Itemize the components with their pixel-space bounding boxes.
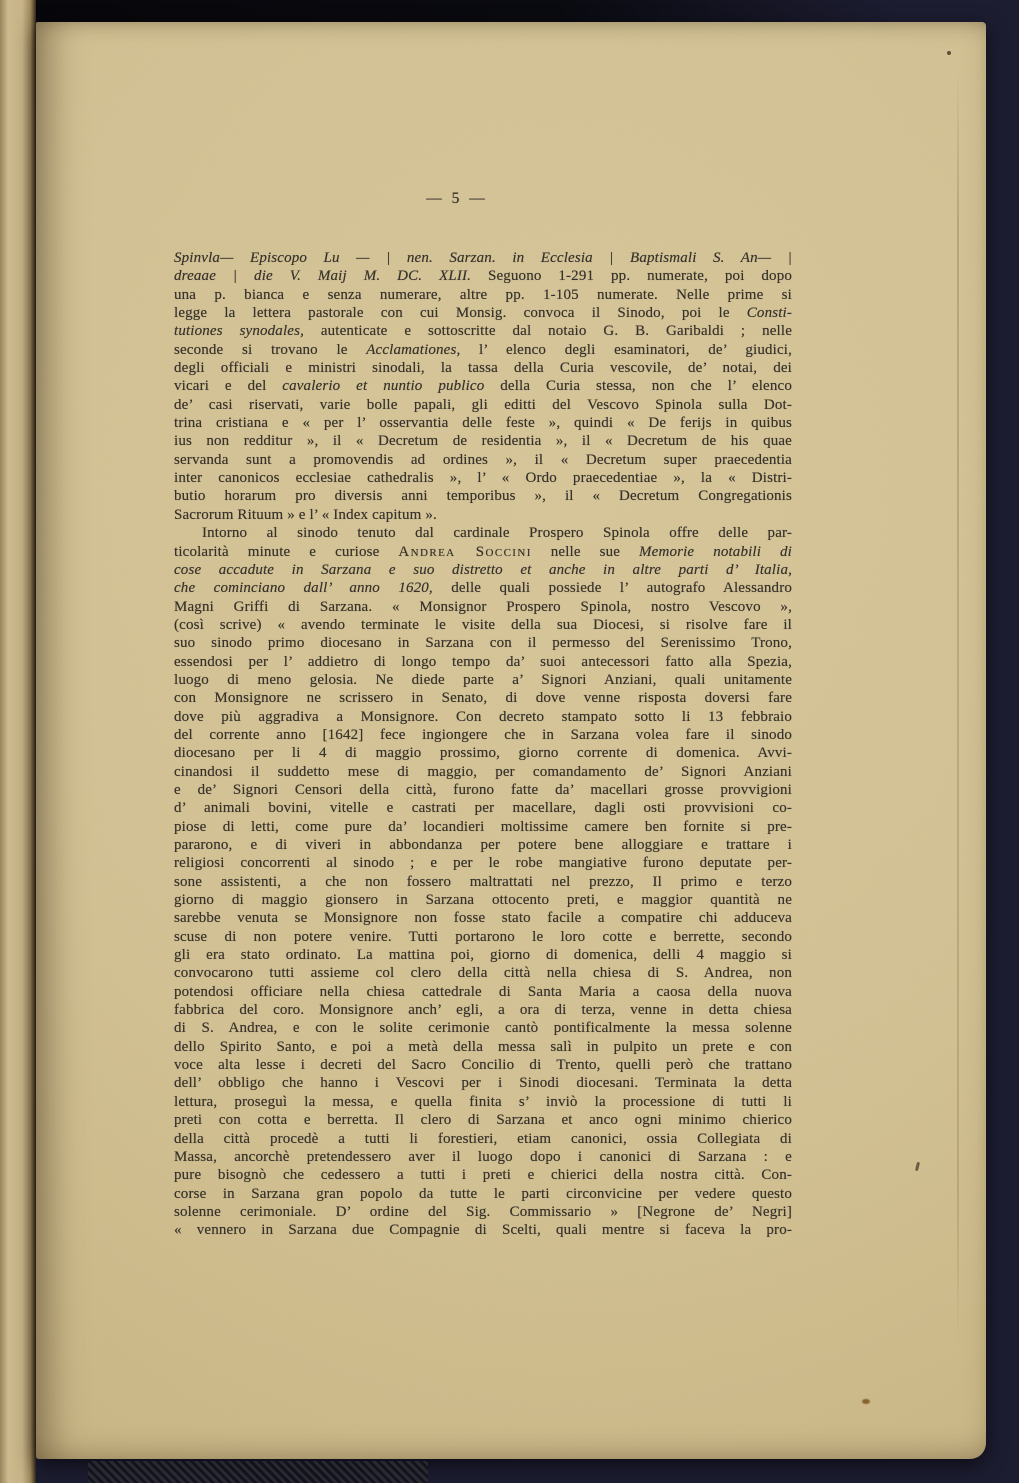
body-text: scuse di non potere venire. Tutti portar… [174, 929, 792, 945]
italic-text: Consti- [747, 305, 792, 321]
text-line: tutiones synodales, autenticate e sottos… [174, 322, 792, 340]
text-line: sarebbe venuta se Monsignore non fosse s… [174, 909, 792, 927]
body-text: Seguono 1-291 pp. numerate, poi dopo [471, 268, 792, 284]
page-number: — 5 — [148, 190, 766, 208]
body-text: giorno di maggio gionsero in Sarzana ott… [174, 892, 792, 908]
text-line: legge la lettera pastorale con cui Monsi… [174, 304, 792, 322]
text-block: Spinvla— Episcopo Lu — | nen. Sarzan. in… [174, 249, 792, 1240]
scan-backdrop: — 5 — Spinvla— Episcopo Lu — | nen. Sarz… [0, 0, 1019, 1483]
body-text: solenne cerimoniale. D’ ordine del Sig. … [174, 1204, 792, 1220]
body-text: delle quali possiede l’ autografo Alessa… [433, 580, 792, 596]
paragraph: Spinvla— Episcopo Lu — | nen. Sarzan. in… [174, 249, 792, 524]
text-line: giorno di maggio gionsero in Sarzana ott… [174, 891, 792, 909]
text-line: fabbrica del coro. Monsignore anch’ egli… [174, 1001, 792, 1019]
text-line: piose di letti, come pure da’ locandieri… [174, 818, 792, 836]
previous-page-edge [0, 0, 36, 1483]
body-text: potendosi officiare nella chiesa cattedr… [174, 984, 792, 1000]
book-page: — 5 — Spinvla— Episcopo Lu — | nen. Sarz… [36, 22, 986, 1459]
body-text: pararono, e di viveri in abbondanza per … [174, 837, 792, 853]
body-text: della città procedè a tutti li forestier… [174, 1131, 792, 1147]
text-line: e de’ Signori Censori della città, furon… [174, 781, 792, 799]
body-text: trina cristiana e « per l’ osservantia d… [174, 415, 792, 431]
text-line: una p. bianca e senza numerare, altre pp… [174, 286, 792, 304]
text-line: degli officiali e ministri sinodali, la … [174, 359, 792, 377]
text-line: butio horarum pro diversis anni temporib… [174, 487, 792, 505]
text-line: solenne cerimoniale. D’ ordine del Sig. … [174, 1203, 792, 1221]
body-text: suo sinodo primo diocesano in Sarzana co… [174, 635, 792, 651]
body-text: essendosi per l’ addietro di longo tempo… [174, 654, 792, 670]
italic-text: Spinvla— Episcopo Lu — | nen. Sarzan. in… [174, 250, 792, 266]
text-line: ticolarità minute e curiose Andrea Socci… [174, 543, 792, 561]
italic-text: che cominciano dall’ anno 1620, [174, 580, 433, 596]
text-line: pure bisognò che cedessero a tutti i pre… [174, 1166, 792, 1184]
text-line: inter canonicos ecclesiae cathedralis »,… [174, 469, 792, 487]
body-text: lettura, proseguì la messa, e quella fin… [174, 1094, 792, 1110]
body-text: preti con cotta e berretta. Il clero di … [174, 1112, 792, 1128]
body-text: di S. Andrea, e con le solite cerimonie … [174, 1020, 792, 1036]
fore-edge-crease [957, 68, 959, 1348]
body-text: con Monsignore ne scrissero in Senato, d… [174, 690, 792, 706]
text-line: seconde si trovano le Acclamationes, l’ … [174, 341, 792, 359]
text-line: della città procedè a tutti li forestier… [174, 1130, 792, 1148]
text-line: sone assistenti, a che non fossero maltr… [174, 873, 792, 891]
text-line: Intorno al sinodo tenuto dal cardinale P… [174, 524, 792, 542]
body-text: servanda sunt a promovendis ad ordines »… [174, 452, 792, 468]
book-cover-cloth [88, 1461, 428, 1483]
text-line: dello Spirito Santo, e poi a metà della … [174, 1038, 792, 1056]
body-text: legge la lettera pastorale con cui Monsi… [174, 305, 747, 321]
body-text: cinandosi il suddetto mese di maggio, pe… [174, 764, 792, 780]
body-text: dello Spirito Santo, e poi a metà della … [174, 1039, 792, 1055]
paragraph: Intorno al sinodo tenuto dal cardinale P… [174, 524, 792, 1239]
text-line: corse in Sarzana gran popolo da tutte le… [174, 1185, 792, 1203]
italic-text: cose accadute in Sarzana e suo distretto… [174, 562, 792, 578]
body-text: (così scrive) « avendo terminate le visi… [174, 617, 792, 633]
body-text: « vennero in Sarzana due Compagnie di Sc… [174, 1222, 792, 1238]
text-line: che cominciano dall’ anno 1620, delle qu… [174, 579, 792, 597]
body-text: inter canonicos ecclesiae cathedralis »,… [174, 470, 792, 486]
body-text: pure bisognò che cedessero a tutti i pre… [174, 1167, 792, 1183]
body-text: butio horarum pro diversis anni temporib… [174, 488, 792, 504]
body-text: diocesano per li 4 di maggio prossimo, g… [174, 745, 792, 761]
body-text: autenticate e sottoscritte dal notaio G.… [304, 323, 792, 339]
small-caps-text: Andrea Soccini [398, 544, 531, 560]
body-text: e de’ Signori Censori della città, furon… [174, 782, 792, 798]
body-text: ius non redditur », il « Decretum de res… [174, 433, 792, 449]
text-line: dell’ obbligo che hanno i Vescovi per i … [174, 1074, 792, 1092]
text-line: cinandosi il suddetto mese di maggio, pe… [174, 763, 792, 781]
body-text: degli officiali e ministri sinodali, la … [174, 360, 792, 376]
body-text: dove più aggradiva a Monsignore. Con dec… [174, 709, 792, 725]
text-line: potendosi officiare nella chiesa cattedr… [174, 983, 792, 1001]
text-line: Massa, ancorchè pretendessero aver il lu… [174, 1148, 792, 1166]
text-line: Magni Griffi di Sarzana. « Monsignor Pro… [174, 598, 792, 616]
body-text: della Curia stessa, non che l’ elenco [484, 378, 792, 394]
text-line: servanda sunt a promovendis ad ordines »… [174, 451, 792, 469]
text-line: cose accadute in Sarzana e suo distretto… [174, 561, 792, 579]
italic-text: cavalerio et nuntio publico [282, 378, 484, 394]
text-line: suo sinodo primo diocesano in Sarzana co… [174, 634, 792, 652]
text-line: voce alta lesse i decreti del Sacro Conc… [174, 1056, 792, 1074]
body-text: voce alta lesse i decreti del Sacro Conc… [174, 1057, 792, 1073]
text-line: vicari e del cavalerio et nuntio publico… [174, 377, 792, 395]
body-text: fabbrica del coro. Monsignore anch’ egli… [174, 1002, 792, 1018]
text-line: ius non redditur », il « Decretum de res… [174, 432, 792, 450]
text-line: pararono, e di viveri in abbondanza per … [174, 836, 792, 854]
text-line: diocesano per li 4 di maggio prossimo, g… [174, 744, 792, 762]
body-text: piose di letti, come pure da’ locandieri… [174, 819, 792, 835]
body-text: de’ casi riservati, varie bolle papali, … [174, 397, 792, 413]
body-text: convocarono tutti assieme col clero dell… [174, 965, 792, 981]
text-line: « vennero in Sarzana due Compagnie di Sc… [174, 1221, 792, 1239]
text-line: di S. Andrea, e con le solite cerimonie … [174, 1019, 792, 1037]
body-text: nelle sue [532, 544, 639, 560]
text-line: Sacrorum Rituum » e l’ « Index capitum »… [174, 506, 792, 524]
text-line: religiosi concorrenti al sinodo ; e per … [174, 854, 792, 872]
body-text: vicari e del [174, 378, 282, 394]
body-text: sone assistenti, a che non fossero maltr… [174, 874, 792, 890]
text-line: scuse di non potere venire. Tutti portar… [174, 928, 792, 946]
italic-text: Memorie notabili di [639, 544, 792, 560]
text-line: trina cristiana e « per l’ osservantia d… [174, 414, 792, 432]
body-text: seconde si trovano le [174, 342, 366, 358]
text-line: luogo di meno gelosia. Ne diede parte a’… [174, 671, 792, 689]
body-text: del corrente anno [1642] fece ingiongere… [174, 727, 792, 743]
text-line: convocarono tutti assieme col clero dell… [174, 964, 792, 982]
body-text: dell’ obbligo che hanno i Vescovi per i … [174, 1075, 792, 1091]
body-text: ticolarità minute e curiose [174, 544, 398, 560]
italic-text: Acclamationes, [366, 342, 460, 358]
body-text: sarebbe venuta se Monsignore non fosse s… [174, 910, 792, 926]
italic-text: dreaae | die V. Maij M. DC. XLII. [174, 268, 471, 284]
body-text: Sacrorum Rituum » e l’ « Index capitum »… [174, 507, 437, 523]
text-line: con Monsignore ne scrissero in Senato, d… [174, 689, 792, 707]
body-text: una p. bianca e senza numerare, altre pp… [174, 287, 792, 303]
text-line: (così scrive) « avendo terminate le visi… [174, 616, 792, 634]
text-line: preti con cotta e berretta. Il clero di … [174, 1111, 792, 1129]
italic-text: tutiones synodales, [174, 323, 304, 339]
text-line: Spinvla— Episcopo Lu — | nen. Sarzan. in… [174, 249, 792, 267]
text-line: essendosi per l’ addietro di longo tempo… [174, 653, 792, 671]
body-text: Massa, ancorchè pretendessero aver il lu… [174, 1149, 792, 1165]
body-text: gli era stato ordinato. La mattina poi, … [174, 947, 792, 963]
text-line: gli era stato ordinato. La mattina poi, … [174, 946, 792, 964]
body-text: d’ animali bovini, vitelle e castrati pe… [174, 800, 792, 816]
text-line: de’ casi riservati, varie bolle papali, … [174, 396, 792, 414]
body-text: luogo di meno gelosia. Ne diede parte a’… [174, 672, 792, 688]
text-line: dreaae | die V. Maij M. DC. XLII. Seguon… [174, 267, 792, 285]
text-line: d’ animali bovini, vitelle e castrati pe… [174, 799, 792, 817]
body-text: l’ elenco degli esaminatori, de’ giudici… [460, 342, 792, 358]
body-text: religiosi concorrenti al sinodo ; e per … [174, 855, 792, 871]
body-text: Magni Griffi di Sarzana. « Monsignor Pro… [174, 599, 792, 615]
text-line: lettura, proseguì la messa, e quella fin… [174, 1093, 792, 1111]
body-text: Intorno al sinodo tenuto dal cardinale P… [202, 525, 792, 541]
body-text: corse in Sarzana gran popolo da tutte le… [174, 1186, 792, 1202]
text-line: del corrente anno [1642] fece ingiongere… [174, 726, 792, 744]
text-line: dove più aggradiva a Monsignore. Con dec… [174, 708, 792, 726]
